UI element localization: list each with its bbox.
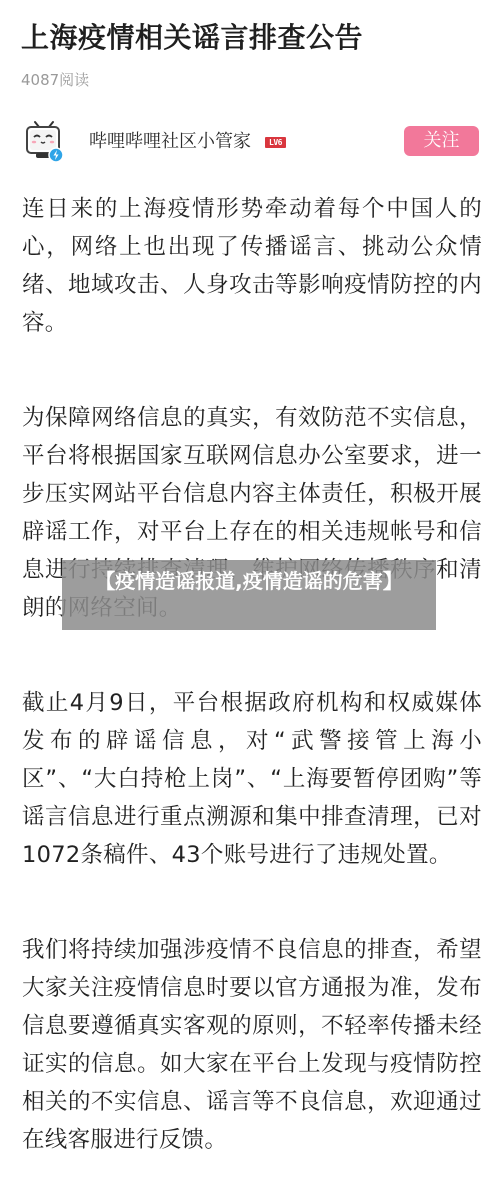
lightning-verified-badge-icon: [49, 148, 63, 162]
read-count: 4087阅读: [21, 70, 89, 90]
article-title: 上海疫情相关谣言排查公告: [21, 18, 363, 58]
bilibili-tv-mascot-avatar-icon: [24, 120, 64, 164]
author-name[interactable]: 哔哩哔哩社区小管家: [89, 130, 251, 154]
follow-button[interactable]: 关注: [404, 126, 479, 156]
author-row: 哔哩哔哩社区小管家 LV6 关注: [0, 112, 500, 170]
paragraph-1: 连日来的上海疫情形势牵动着每个中国人的心，网络上也出现了传播谣言、挑动公众情绪、…: [22, 190, 482, 342]
paragraph-3: 截止4月9日，平台根据政府机构和权威媒体发布的辟谣信息，对“武警接管上海小区”、…: [22, 684, 482, 874]
article-body: 连日来的上海疫情形势牵动着每个中国人的心，网络上也出现了传播谣言、挑动公众情绪、…: [22, 190, 482, 1159]
paragraph-4: 我们将持续加强涉疫情不良信息的排查，希望大家关注疫情信息时要以官方通报为准，发布…: [22, 931, 482, 1159]
overlay-caption-banner: 【疫情造谣报道,疫情造谣的危害】: [62, 560, 436, 630]
level-badge: LV6: [265, 137, 286, 148]
avatar[interactable]: [24, 120, 64, 164]
article-page: 上海疫情相关谣言排查公告 4087阅读: [0, 0, 500, 1190]
